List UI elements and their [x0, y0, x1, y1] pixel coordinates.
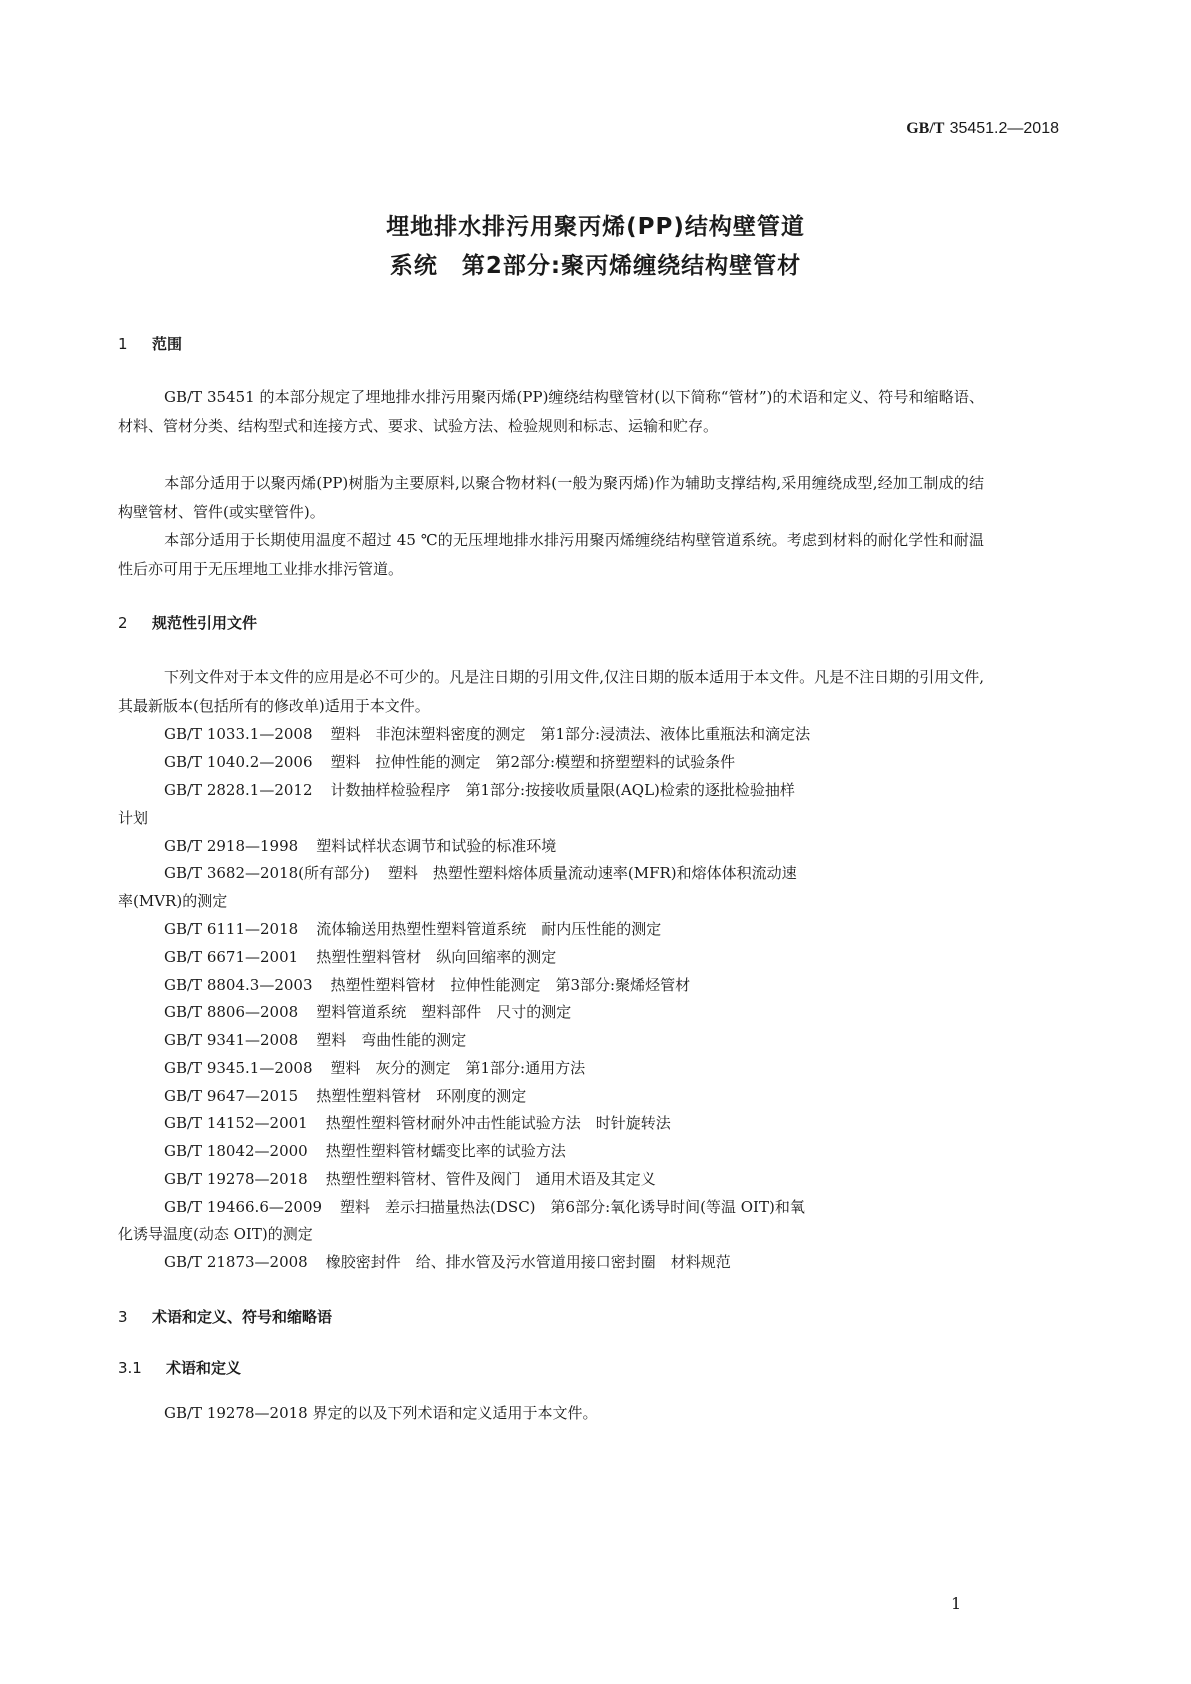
- standard-prefix: GB/T: [906, 120, 944, 137]
- section-3-1-heading: 3.1术语和定义: [118, 1357, 241, 1378]
- reference-item: GB/T 19466.6—2009塑料 差示扫描量热法(DSC) 第6部分:氧化…: [164, 1193, 805, 1222]
- reference-item: GB/T 14152—2001热塑性塑料管材耐外冲击性能试验方法 时针旋转法: [164, 1109, 671, 1138]
- reference-item: GB/T 8806—2008塑料管道系统 塑料部件 尺寸的测定: [164, 998, 571, 1027]
- paragraph: 本部分适用于以聚丙烯(PP)树脂为主要原料,以聚合物材料(一般为聚丙烯)作为辅助…: [118, 469, 984, 526]
- document-title-line-1: 埋地排水排污用聚丙烯(PP)结构壁管道: [0, 208, 1191, 241]
- section-number: 2: [118, 614, 152, 632]
- paragraph: 本部分适用于长期使用温度不超过 45 ℃的无压埋地排水排污用聚丙烯缠绕结构壁管道…: [118, 526, 984, 583]
- section-number: 3.1: [118, 1359, 166, 1377]
- reference-item: GB/T 2828.1—2012计数抽样检验程序 第1部分:按接收质量限(AQL…: [164, 776, 795, 805]
- section-number: 3: [118, 1308, 152, 1326]
- reference-item-continuation: 率(MVR)的测定: [118, 887, 227, 916]
- reference-item: GB/T 6111—2018流体输送用热塑性塑料管道系统 耐内压性能的测定: [164, 915, 661, 944]
- paragraph: GB/T 19278—2018 界定的以及下列术语和定义适用于本文件。: [164, 1399, 598, 1428]
- section-2-heading: 2规范性引用文件: [118, 612, 257, 633]
- section-number: 1: [118, 335, 152, 353]
- reference-item: GB/T 19278—2018热塑性塑料管材、管件及阀门 通用术语及其定义: [164, 1165, 656, 1194]
- reference-item: GB/T 1040.2—2006塑料 拉伸性能的测定 第2部分:模塑和挤塑塑料的…: [164, 748, 735, 777]
- reference-item: GB/T 3682—2018(所有部分)塑料 热塑性塑料熔体质量流动速率(MFR…: [164, 859, 797, 888]
- reference-item: GB/T 1033.1—2008塑料 非泡沫塑料密度的测定 第1部分:浸渍法、液…: [164, 720, 810, 749]
- section-title: 术语和定义: [166, 1359, 241, 1377]
- section-title: 术语和定义、符号和缩略语: [152, 1308, 332, 1326]
- section-1-heading: 1范围: [118, 333, 182, 354]
- reference-item: GB/T 9345.1—2008塑料 灰分的测定 第1部分:通用方法: [164, 1054, 585, 1083]
- page-number: 1: [951, 1594, 961, 1613]
- reference-item-continuation: 化诱导温度(动态 OIT)的测定: [118, 1220, 313, 1249]
- reference-item: GB/T 6671—2001热塑性塑料管材 纵向回缩率的测定: [164, 943, 556, 972]
- section-3-heading: 3术语和定义、符号和缩略语: [118, 1306, 332, 1327]
- reference-item: GB/T 18042—2000热塑性塑料管材蠕变比率的试验方法: [164, 1137, 566, 1166]
- standard-number: 35451.2—2018: [950, 120, 1059, 137]
- reference-item: GB/T 9647—2015热塑性塑料管材 环刚度的测定: [164, 1082, 526, 1111]
- section-title: 规范性引用文件: [152, 614, 257, 632]
- reference-item-continuation: 计划: [118, 804, 148, 833]
- reference-item: GB/T 2918—1998塑料试样状态调节和试验的标准环境: [164, 832, 556, 861]
- standard-code: GB/T 35451.2—2018: [906, 118, 1059, 138]
- reference-item: GB/T 8804.3—2003热塑性塑料管材 拉伸性能测定 第3部分:聚烯烃管…: [164, 971, 690, 1000]
- paragraph: GB/T 35451 的本部分规定了埋地排水排污用聚丙烯(PP)缠绕结构壁管材(…: [118, 383, 984, 440]
- reference-item: GB/T 9341—2008塑料 弯曲性能的测定: [164, 1026, 466, 1055]
- document-title-line-2: 系统 第2部分:聚丙烯缠绕结构壁管材: [0, 247, 1191, 280]
- section-title: 范围: [152, 335, 182, 353]
- reference-item: GB/T 21873—2008橡胶密封件 给、排水管及污水管道用接口密封圈 材料…: [164, 1248, 731, 1277]
- paragraph: 下列文件对于本文件的应用是必不可少的。凡是注日期的引用文件,仅注日期的版本适用于…: [118, 663, 984, 720]
